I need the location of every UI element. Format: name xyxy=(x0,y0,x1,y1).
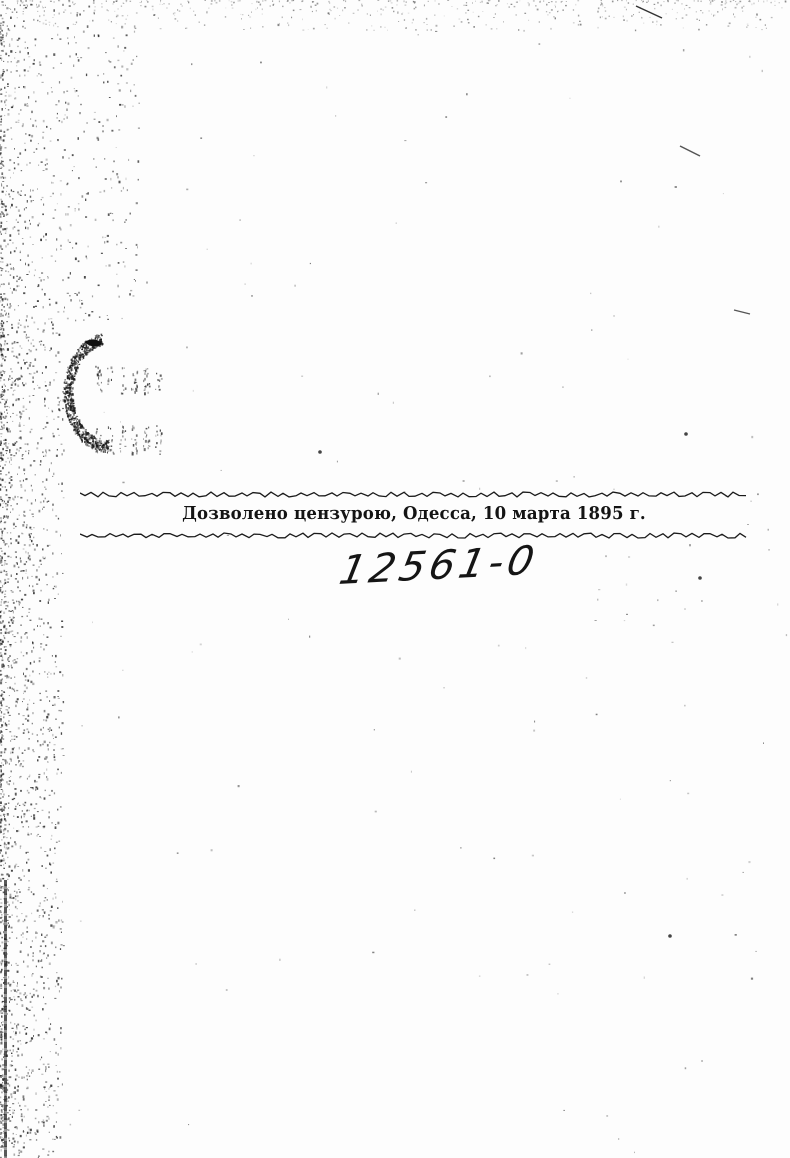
scanned-page: Дозволено цензурою, Одесса, 10 марта 189… xyxy=(0,0,790,1158)
library-stamp-icon xyxy=(40,320,180,470)
decorative-rule-top xyxy=(80,490,748,500)
handwritten-catalog-number: 12561-0 xyxy=(335,538,541,594)
scan-noise-top xyxy=(0,0,790,40)
decorative-rule-bottom xyxy=(80,531,748,541)
censorship-approval-text: Дозволено цензурою, Одесса, 10 марта 189… xyxy=(107,503,722,524)
page-binding-edge xyxy=(4,880,7,1158)
scan-noise-left-edge xyxy=(0,0,140,1158)
